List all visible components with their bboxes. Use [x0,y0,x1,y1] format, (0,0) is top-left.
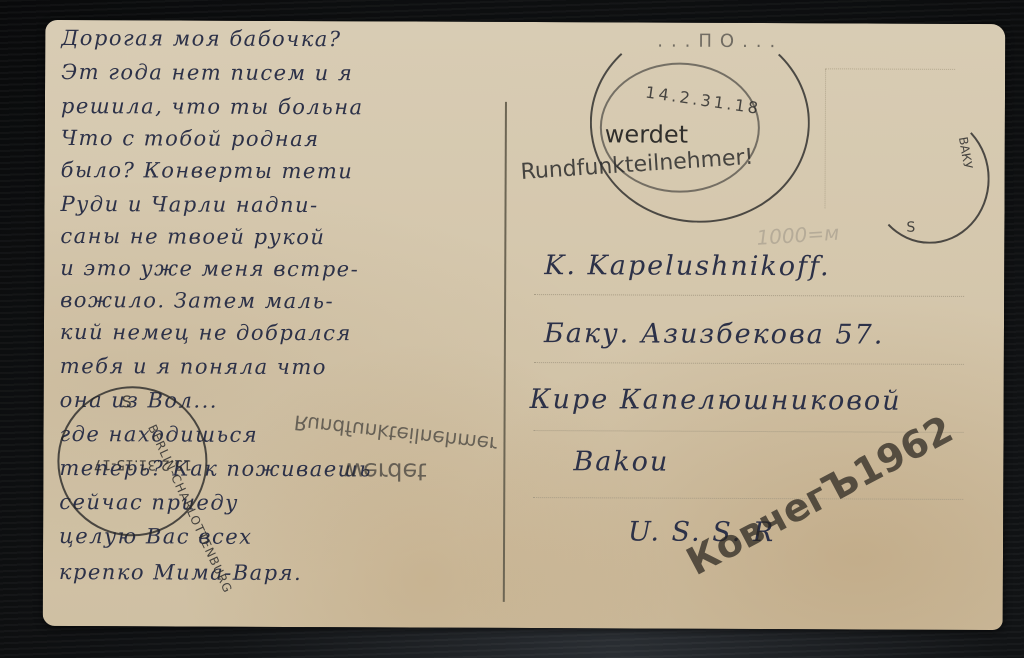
message-line: Дорогая моя бабочка? [61,26,341,51]
postmark-right-letter: S [906,220,915,236]
mirrored-slogan-line1: Rundfunkteilnehmer [293,410,498,456]
message-line: Что с тобой родная [61,126,320,151]
mirrored-slogan-line2: werdet [343,457,426,485]
berlin-postmark-letter: S [122,392,132,411]
recipient-city: Bakou [573,446,669,477]
berlin-postmark-date: 15.2.31.15-17 [93,456,192,472]
message-line: и это уже меня встре- [60,256,359,281]
message-line: крепко Мима-Варя. [59,560,302,585]
address-line [534,294,964,297]
address-line [534,362,964,365]
postmark-partial-text: ...ПО... [657,31,783,53]
message-line: тебя и я поняла что [60,354,327,379]
message-line: Руди и Чарли надпи- [60,192,318,217]
center-divider-line [503,102,507,602]
message-line: решила, что ты больна [61,94,364,119]
slogan-stamp-line1: werdet [605,120,688,148]
message-line: кий немец не добрался [60,320,352,345]
recipient-street: Баку. Азизбекова 57. [544,318,884,350]
recipient-name-russian: Кире Капелюшниковой [530,384,902,417]
recipient-name: K. Kapelushnikoff. [544,250,831,282]
message-line: было? Конверты тети [61,158,354,183]
address-line [533,497,963,500]
pencil-note: 1000=м [756,221,840,250]
postmark-right [869,114,990,245]
message-line: вожило. Затем маль- [60,288,334,313]
message-line: саны не твоей рукой [60,224,325,249]
postcard: Дорогая моя бабочка? Эт года нет писем и… [43,20,1006,630]
message-line: Эт года нет писем и я [61,60,353,85]
